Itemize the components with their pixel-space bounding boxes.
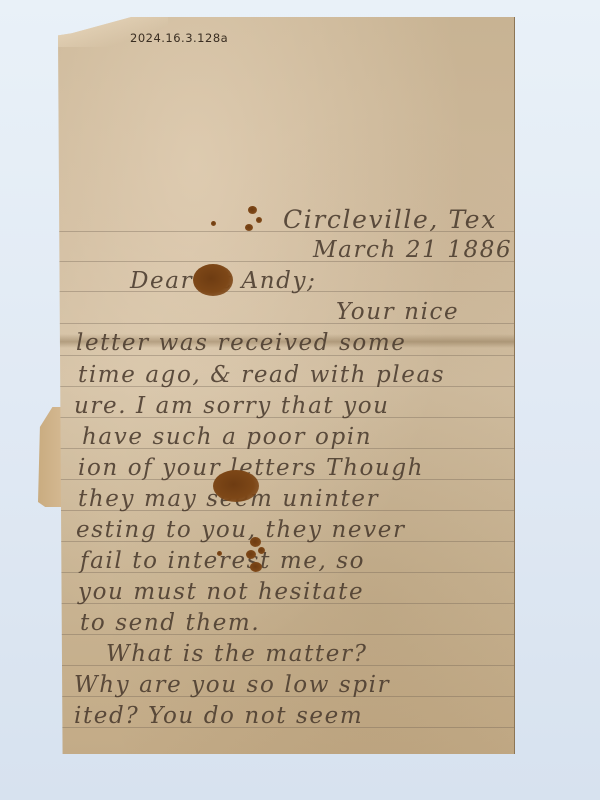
ink-stain bbox=[211, 221, 216, 226]
ink-stain bbox=[246, 550, 256, 559]
letter-line: What is the matter? bbox=[106, 641, 368, 667]
letter-line: fail to interest me, so bbox=[80, 548, 365, 574]
letter-line: have such a poor opin bbox=[82, 424, 372, 450]
ink-stain bbox=[256, 217, 262, 223]
letter-line: to send them. bbox=[80, 610, 260, 636]
ink-stain bbox=[248, 206, 257, 214]
letter-line: esting to you, they never bbox=[76, 517, 406, 543]
ink-stain bbox=[258, 547, 265, 554]
letter-date: March 21 1886 bbox=[313, 237, 512, 263]
letter-line: Your nice bbox=[336, 299, 459, 325]
ink-stain bbox=[245, 224, 253, 231]
ink-stain bbox=[217, 551, 222, 556]
ink-stain bbox=[213, 470, 259, 502]
ink-stain bbox=[193, 264, 233, 296]
letter-line: letter was received some bbox=[76, 330, 406, 356]
letter-line: you must not hesitate bbox=[78, 579, 364, 605]
letter-line: ited? You do not seem bbox=[74, 703, 363, 729]
ink-stain bbox=[250, 562, 262, 572]
letter-line: time ago, & read with pleas bbox=[78, 362, 445, 388]
letter-line: ure. I am sorry that you bbox=[74, 393, 390, 419]
letter-line: Why are you so low spir bbox=[74, 672, 390, 698]
letter-place: Circleville, Tex bbox=[283, 205, 497, 234]
torn-paper-flap bbox=[38, 407, 62, 507]
letter-page: 2024.16.3.128a Circleville, Tex March 21… bbox=[58, 17, 515, 754]
ink-stain bbox=[250, 537, 261, 547]
accession-number: 2024.16.3.128a bbox=[130, 31, 228, 45]
